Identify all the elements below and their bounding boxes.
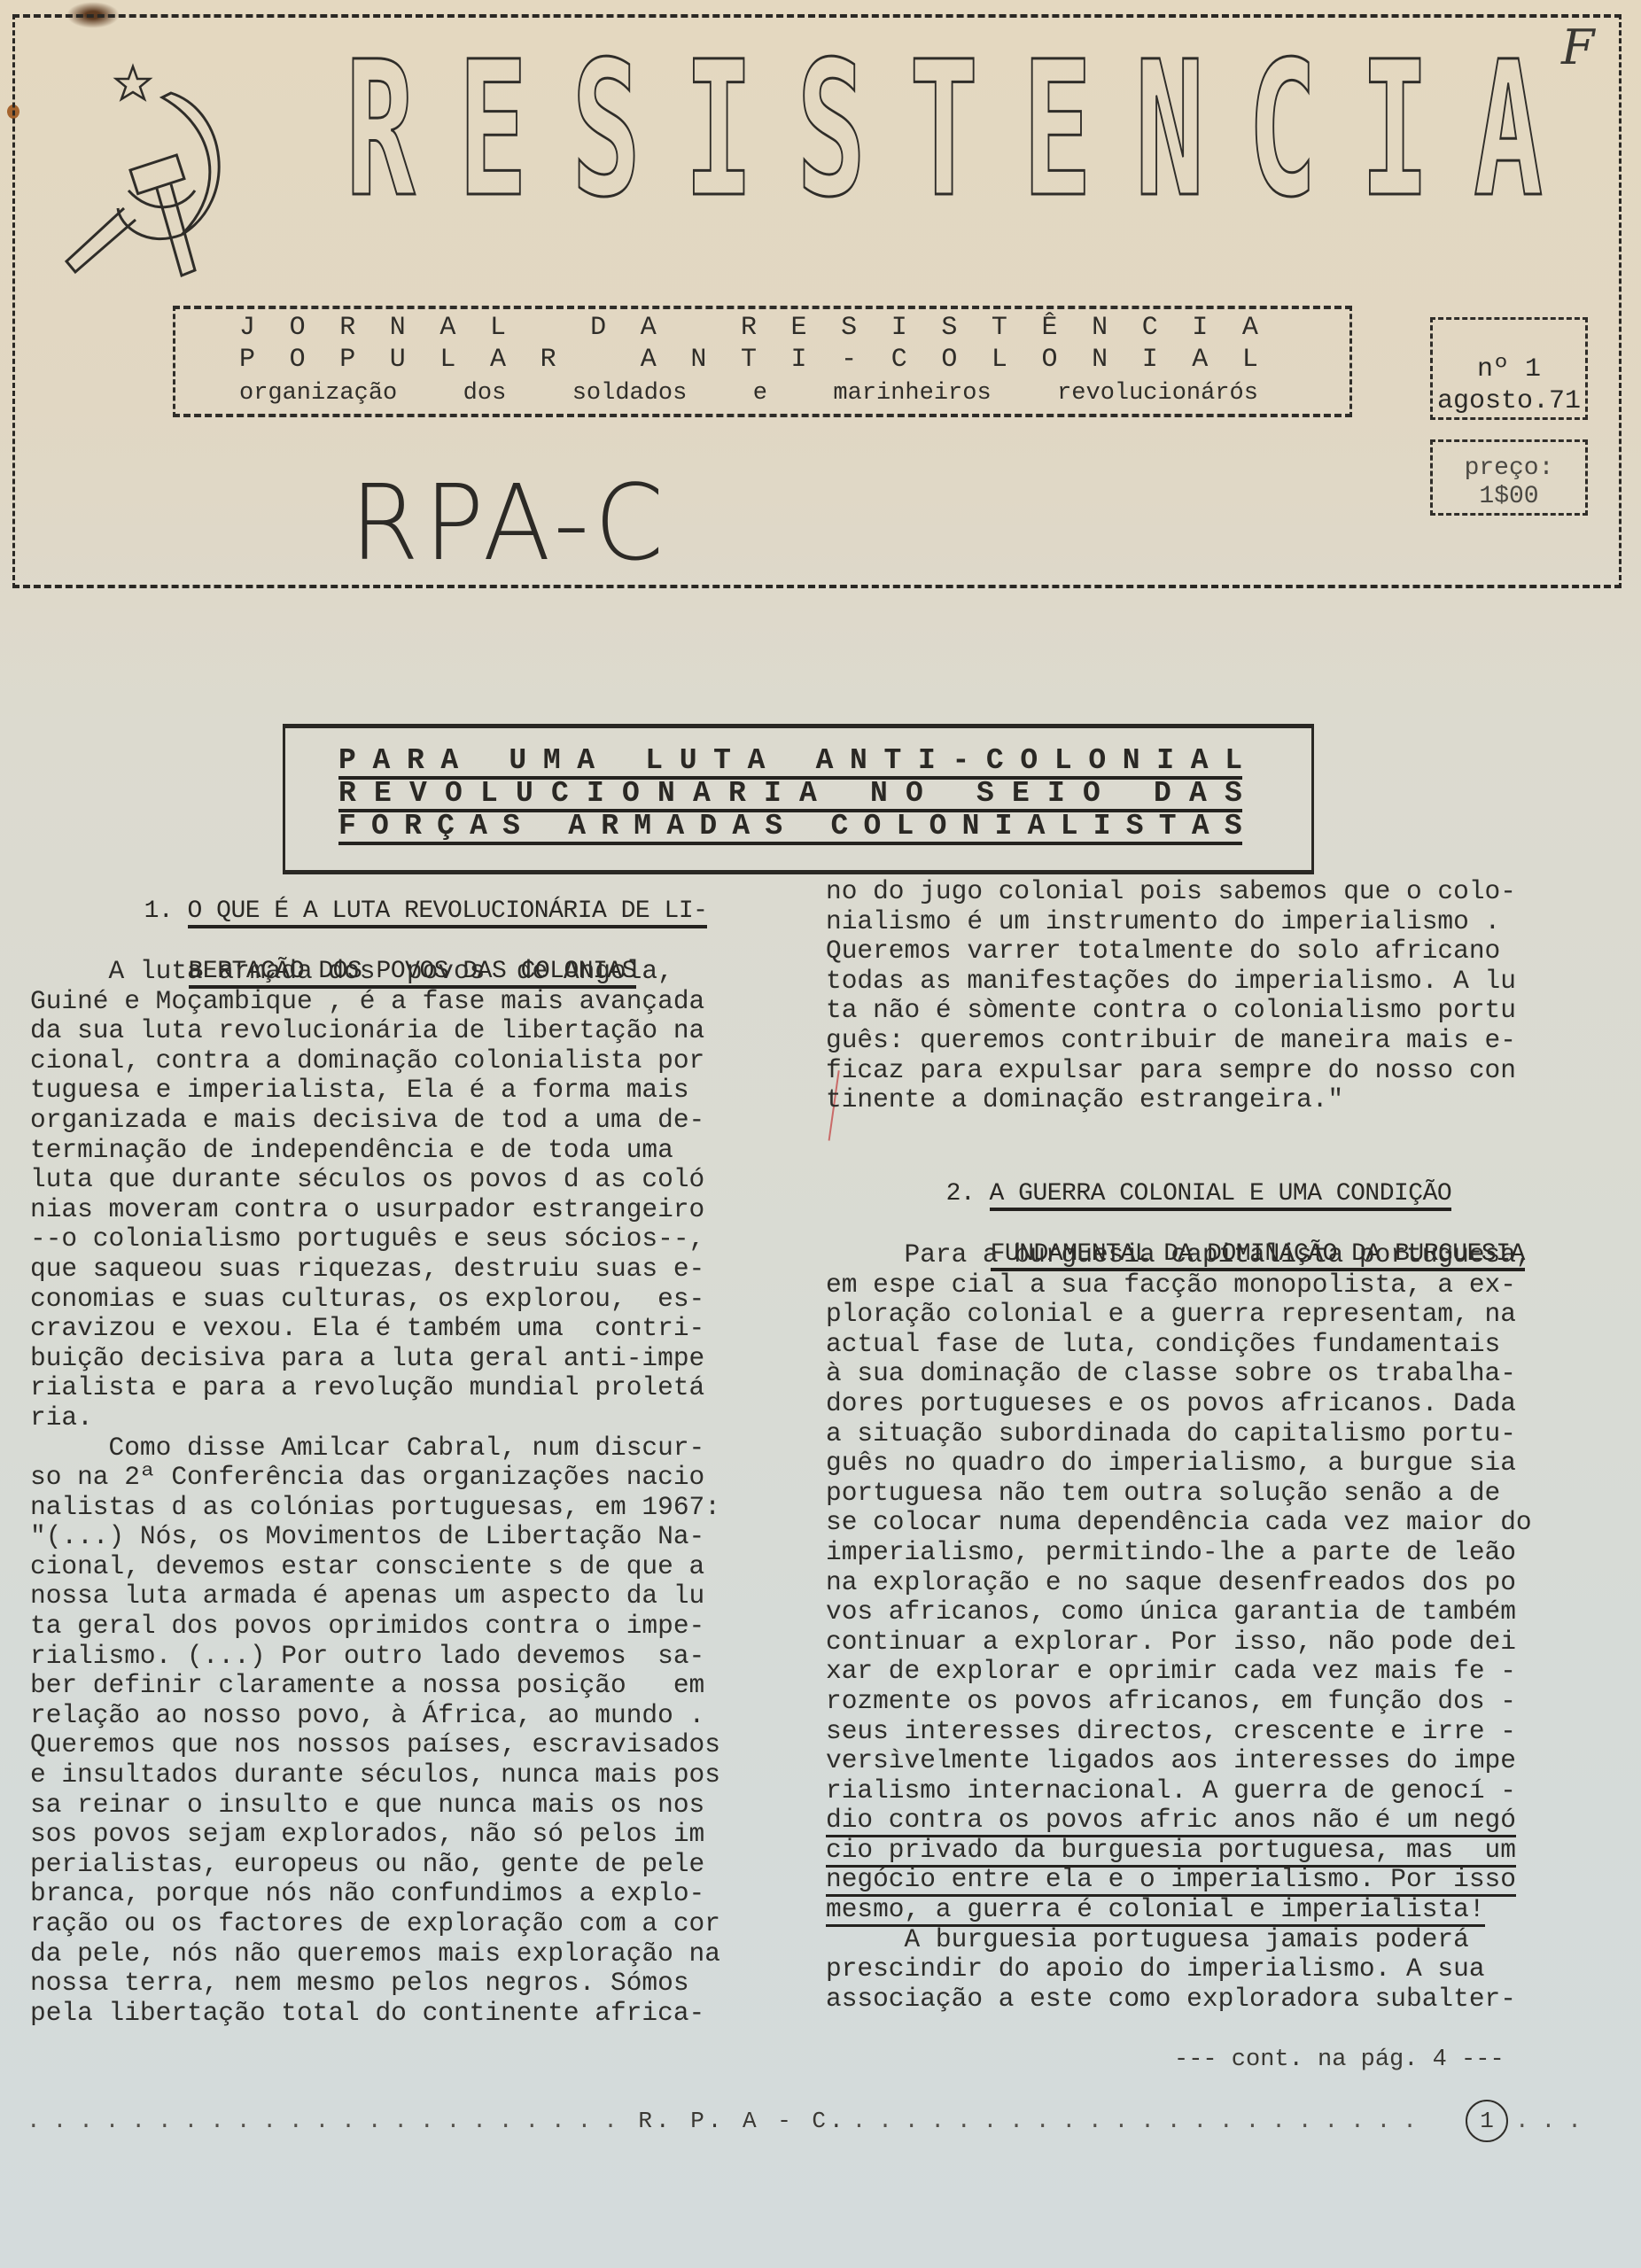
subtitle-box: JORNAL DA RESISTÊNCIA POPULAR ANTI-COLON… bbox=[173, 306, 1352, 417]
headline-letter: A bbox=[799, 779, 817, 809]
price-label: preço: bbox=[1433, 454, 1585, 483]
subtitle-letter: L bbox=[992, 345, 1007, 375]
subtitle-word: soldados bbox=[572, 380, 688, 407]
subtitle-letter: - bbox=[841, 345, 857, 375]
continuation-note: --- cont. na pág. 4 --- bbox=[1174, 2047, 1505, 2073]
title-letter: N bbox=[1135, 55, 1205, 206]
subtitle-letter: R bbox=[541, 345, 556, 375]
subtitle-letter: L bbox=[1242, 345, 1258, 375]
headline-letter: O bbox=[864, 812, 882, 842]
text-line: Queremos que nos nossos países, escravis… bbox=[30, 1730, 720, 1760]
subtitle-letter: E bbox=[791, 313, 807, 343]
text-line: buição decisiva para a luta geral anti-i… bbox=[30, 1344, 720, 1374]
subtitle-letter: N bbox=[1092, 313, 1108, 343]
headline-letter: N bbox=[962, 812, 980, 842]
headline-letter: O bbox=[445, 779, 463, 809]
page-footer: .......................... R. P. A - C. … bbox=[27, 2100, 1595, 2142]
headline-letter bbox=[1118, 779, 1136, 809]
footer-dots-end: .... bbox=[1515, 2108, 1595, 2134]
page-number: 1 bbox=[1466, 2100, 1508, 2142]
title-letter: R bbox=[346, 55, 416, 206]
headline-letter: A bbox=[1189, 779, 1207, 809]
section-2-number: 2. bbox=[946, 1180, 976, 1208]
headline-letter bbox=[475, 746, 493, 776]
text-line: à sua dominação de classe sobre os traba… bbox=[826, 1359, 1532, 1389]
footer-dots-right: ...................... bbox=[852, 2108, 1458, 2134]
headline-letter: M bbox=[543, 746, 561, 776]
text-line: sa reinar o insulto e que nunca mais os … bbox=[30, 1790, 720, 1821]
text-line: seus interesses directos, crescente e ir… bbox=[826, 1717, 1532, 1747]
text-line: rialista e para a revolução mundial prol… bbox=[30, 1373, 720, 1403]
headline-letter: O bbox=[371, 812, 389, 842]
subtitle-letter: N bbox=[390, 313, 406, 343]
price-box: preço: 1$00 bbox=[1430, 439, 1588, 516]
headline-letter bbox=[835, 779, 852, 809]
headline-letter: L bbox=[1061, 812, 1078, 842]
text-line: Para a burguesia capitalista portuguesa, bbox=[826, 1240, 1532, 1270]
subtitle-letter: U bbox=[390, 345, 406, 375]
text-line: rialismo. (...) Por outro lado devemos s… bbox=[30, 1642, 720, 1672]
headline-letter: A bbox=[440, 746, 458, 776]
headline-letter: S bbox=[765, 812, 782, 842]
text-line: mesmo, a guerra é colonial e imperialist… bbox=[826, 1895, 1532, 1925]
text-line: vos africanos, como única garantia de ta… bbox=[826, 1597, 1532, 1627]
headline-line-3: FORÇAS ARMADAS COLONIALISTAS bbox=[338, 812, 1242, 845]
text-line: organizada e mais decisiva de tod a uma … bbox=[30, 1106, 720, 1136]
headline-letter: I bbox=[918, 746, 936, 776]
subtitle-letter: C bbox=[1142, 313, 1158, 343]
text-line: na exploração e no saque desenfreados do… bbox=[826, 1568, 1532, 1598]
footer-org-label: R. P. A - C. bbox=[633, 2108, 852, 2134]
text-line: pela libertação total do continente afri… bbox=[30, 1999, 720, 2029]
text-line: rialismo internacional. A guerra de geno… bbox=[826, 1776, 1532, 1806]
headline-letter: U bbox=[516, 779, 533, 809]
headline-letter: S bbox=[1225, 812, 1242, 842]
headline-letter: A bbox=[577, 746, 595, 776]
text-line: dio contra os povos afric anos não é um … bbox=[826, 1806, 1532, 1836]
subtitle-letter: N bbox=[690, 345, 706, 375]
headline-letter bbox=[782, 746, 799, 776]
subtitle-line-3: organizaçãodossoldadosemarinheirosrevolu… bbox=[239, 380, 1258, 407]
text-line: todas as manifestações do imperialismo. … bbox=[826, 967, 1516, 997]
text-line: no do jugo colonial pois sabemos que o c… bbox=[826, 877, 1516, 907]
section-1-body: A luta armada dos povos de Angola,Guiné … bbox=[30, 957, 720, 2028]
headline-letter: I bbox=[587, 779, 604, 809]
footer-dots-left: .......................... bbox=[27, 2108, 633, 2134]
text-line: tuguesa e imperialista, Ela é a forma ma… bbox=[30, 1076, 720, 1106]
text-line: A burguesia portuguesa jamais poderá bbox=[826, 1925, 1532, 1955]
headline-letter: O bbox=[929, 812, 947, 842]
headline-letter: O bbox=[1088, 746, 1106, 776]
headline-letter: O bbox=[906, 779, 923, 809]
subtitle-word: dos bbox=[463, 380, 507, 407]
headline-letter: L bbox=[1225, 746, 1242, 776]
text-line: A luta armada dos povos de Angola, bbox=[30, 957, 720, 987]
headline-letter: - bbox=[952, 746, 969, 776]
subtitle-word: organização bbox=[239, 380, 397, 407]
issue-box: nº 1 agosto.71 bbox=[1430, 317, 1588, 420]
text-line: ração ou os factores de exploração com a… bbox=[30, 1909, 720, 1939]
text-line: nias moveram contra o usurpador estrange… bbox=[30, 1195, 720, 1225]
subtitle-letter: O bbox=[290, 313, 306, 343]
subtitle-letter: A bbox=[439, 313, 455, 343]
headline-line-2: REVOLUCIONARIA NO SEIO DAS bbox=[338, 779, 1242, 812]
subtitle-letter: I bbox=[891, 313, 907, 343]
text-line: e insultados durante séculos, nunca mais… bbox=[30, 1760, 720, 1790]
headline-letter: U bbox=[509, 746, 526, 776]
section-2-body: Para a burguesia capitalista portuguesa,… bbox=[826, 1240, 1532, 2014]
headline-letter: I bbox=[1093, 812, 1111, 842]
title-letter: T bbox=[909, 55, 979, 206]
subtitle-letter: A bbox=[1192, 345, 1208, 375]
headline-letter: C bbox=[830, 812, 848, 842]
headline-letter: R bbox=[404, 812, 422, 842]
text-line: terminação de independência e de toda um… bbox=[30, 1136, 720, 1166]
org-logo: RPA-C bbox=[350, 470, 669, 576]
text-line: nossa luta armada é apenas um aspecto da… bbox=[30, 1581, 720, 1612]
text-line: negócio entre ela e o imperialismo. Por … bbox=[826, 1865, 1532, 1895]
subtitle-word: marinheiros bbox=[833, 380, 991, 407]
headline-letter: E bbox=[374, 779, 392, 809]
subtitle-letter: N bbox=[1092, 345, 1108, 375]
text-line: branca, porque nós não confundimos a exp… bbox=[30, 1879, 720, 1909]
headline-letter: Ç bbox=[437, 812, 455, 842]
text-line: imperialismo, permitindo-lhe a parte de … bbox=[826, 1538, 1532, 1568]
subtitle-letter: Ê bbox=[1042, 313, 1058, 343]
headline-letter: T bbox=[884, 746, 902, 776]
headline-letter: R bbox=[407, 746, 424, 776]
subtitle-letter: O bbox=[941, 345, 957, 375]
hammer-and-sickle-icon bbox=[49, 58, 253, 279]
text-line: ber definir claramente a nossa posição e… bbox=[30, 1671, 720, 1701]
headline-letter: A bbox=[1028, 812, 1046, 842]
headline-letter: U bbox=[680, 746, 697, 776]
subtitle-letter: I bbox=[1142, 345, 1158, 375]
headline-letter: A bbox=[693, 779, 711, 809]
subtitle-letter: R bbox=[741, 313, 757, 343]
headline-letter: A bbox=[732, 812, 750, 842]
subtitle-letter: S bbox=[841, 313, 857, 343]
text-line: Queremos varrer totalmente do solo afric… bbox=[826, 936, 1516, 967]
headline-letter: L bbox=[645, 746, 663, 776]
subtitle-letter: A bbox=[641, 313, 657, 343]
text-line: que saqueou suas riquezas, destruiu suas… bbox=[30, 1254, 720, 1285]
headline-letter: N bbox=[850, 746, 867, 776]
headline-letter: L bbox=[1054, 746, 1072, 776]
section-1-heading-line-1: O QUE É A LUTA REVOLUCIONÁRIA DE LI- bbox=[188, 897, 708, 928]
text-line: da sua luta revolucionária de libertação… bbox=[30, 1016, 720, 1046]
headline-letter: O bbox=[622, 779, 640, 809]
text-line: ploração colonial e a guerra representam… bbox=[826, 1300, 1532, 1330]
text-line: tinente a dominação estrangeira." bbox=[826, 1085, 1516, 1115]
issue-number: nº 1 bbox=[1433, 353, 1585, 385]
headline-letter: O bbox=[1083, 779, 1100, 809]
headline-letter: N bbox=[657, 779, 675, 809]
headline-letter: A bbox=[666, 812, 684, 842]
handwritten-mark: F bbox=[1561, 19, 1594, 75]
subtitle-line-1: JORNAL DA RESISTÊNCIA bbox=[239, 313, 1258, 343]
subtitle-word: revolucionárós bbox=[1057, 380, 1258, 407]
text-line: nialismo é um instrumento do imperialism… bbox=[826, 907, 1516, 937]
headline-letter: O bbox=[1020, 746, 1038, 776]
text-line: guês: queremos contribuir de maneira mai… bbox=[826, 1026, 1516, 1056]
headline-letter: F bbox=[338, 812, 356, 842]
text-line: ta não é sòmente contra o colonialismo p… bbox=[826, 996, 1516, 1026]
newspaper-title: R E S I S T E N C I A bbox=[346, 55, 1586, 206]
subtitle-letter: A bbox=[641, 345, 657, 375]
headline-letter: M bbox=[634, 812, 651, 842]
price-value: 1$00 bbox=[1433, 483, 1585, 511]
headline-line-1: PARA UMA LUTA ANTI-COLONIAL bbox=[338, 746, 1242, 780]
text-line: nalistas d as colónias portuguesas, em 1… bbox=[30, 1493, 720, 1523]
headline-letter: S bbox=[976, 779, 994, 809]
text-line: portuguesa não tem outra solução senão a… bbox=[826, 1479, 1532, 1509]
headline-letter bbox=[797, 812, 815, 842]
subtitle-letter: S bbox=[941, 313, 957, 343]
subtitle-letter: L bbox=[439, 345, 455, 375]
subtitle-letter: P bbox=[339, 345, 355, 375]
text-line: associação a este como exploradora subal… bbox=[826, 1984, 1532, 2015]
headline-letter: R bbox=[601, 812, 618, 842]
title-letter: I bbox=[1360, 55, 1430, 206]
subtitle-letter: A bbox=[490, 345, 506, 375]
subtitle-letter: O bbox=[1042, 345, 1058, 375]
headline-letter: A bbox=[568, 812, 586, 842]
subtitle-letter bbox=[690, 313, 706, 343]
headline-letter: A bbox=[1192, 812, 1209, 842]
headline-letter: T bbox=[713, 746, 731, 776]
headline-letter: N bbox=[870, 779, 888, 809]
headline-letter: N bbox=[1123, 746, 1140, 776]
subtitle-letter: C bbox=[891, 345, 907, 375]
title-letter: E bbox=[1023, 55, 1093, 206]
section-2-heading-line-1: A GUERRA COLONIAL E UMA CONDIÇÃO bbox=[990, 1180, 1452, 1211]
subtitle-letter: T bbox=[992, 313, 1007, 343]
subtitle-letter: R bbox=[339, 313, 355, 343]
title-letter: S bbox=[572, 55, 642, 206]
text-line: da pele, nós não queremos mais exploraçã… bbox=[30, 1939, 720, 1969]
title-letter: A bbox=[1474, 55, 1544, 206]
subtitle-letter: O bbox=[290, 345, 306, 375]
column-2-intro: no do jugo colonial pois sabemos que o c… bbox=[826, 877, 1516, 1115]
text-line: relação ao nosso povo, à África, ao mund… bbox=[30, 1701, 720, 1731]
headline-letter: A bbox=[1191, 746, 1209, 776]
subtitle-letter: L bbox=[490, 313, 506, 343]
headline-letter: I bbox=[764, 779, 782, 809]
headline-letter: A bbox=[816, 746, 834, 776]
title-letter: E bbox=[458, 55, 528, 206]
text-line: rozmente os povos africanos, em função d… bbox=[826, 1687, 1532, 1717]
text-line: ria. bbox=[30, 1403, 720, 1433]
subtitle-word: e bbox=[753, 380, 767, 407]
headline-letter: A bbox=[470, 812, 487, 842]
text-line: continuar a explorar. Por isso, não pode… bbox=[826, 1627, 1532, 1658]
subtitle-letter: T bbox=[741, 345, 757, 375]
text-line: cional, contra a dominação colonialista … bbox=[30, 1046, 720, 1076]
headline-letter: A bbox=[372, 746, 390, 776]
headline-letter: E bbox=[1012, 779, 1030, 809]
text-line: ta geral dos povos oprimidos contra o im… bbox=[30, 1612, 720, 1642]
headline-letter: D bbox=[699, 812, 717, 842]
text-line: em espe cial a sua facção monopolista, a… bbox=[826, 1270, 1532, 1301]
subtitle-letter: D bbox=[590, 313, 606, 343]
text-line: cio privado da burguesia portuguesa, mas… bbox=[826, 1836, 1532, 1866]
headline-letter: C bbox=[986, 746, 1004, 776]
text-line: sos povos sejam explorados, não só pelos… bbox=[30, 1820, 720, 1850]
text-line: Como disse Amilcar Cabral, num discur- bbox=[30, 1433, 720, 1464]
text-line: guês no quadro do imperialismo, a burgue… bbox=[826, 1449, 1532, 1479]
text-line: "(...) Nós, os Movimentos de Libertação … bbox=[30, 1522, 720, 1552]
subtitle-letter: P bbox=[239, 345, 255, 375]
text-line: conomias e suas culturas, os explorou, e… bbox=[30, 1285, 720, 1315]
headline-letter: D bbox=[1154, 779, 1171, 809]
subtitle-letter: I bbox=[1192, 313, 1208, 343]
headline-letter: R bbox=[338, 779, 356, 809]
headline-letter: S bbox=[1126, 812, 1144, 842]
text-line: luta que durante séculos os povos d as c… bbox=[30, 1165, 720, 1195]
text-line: cravizou e vexou. Ela é também uma contr… bbox=[30, 1314, 720, 1344]
headline-letter bbox=[611, 746, 629, 776]
headline-letter: R bbox=[728, 779, 746, 809]
text-line: dores portugueses e os povos africanos. … bbox=[826, 1389, 1532, 1419]
headline-letter: T bbox=[1159, 812, 1177, 842]
headline-letter: I bbox=[1047, 779, 1065, 809]
text-line: so na 2ª Conferência das organizações na… bbox=[30, 1463, 720, 1493]
section-1-number: 1. bbox=[144, 897, 174, 925]
text-line: --o colonialismo português e seus sócios… bbox=[30, 1224, 720, 1254]
headline-letter: S bbox=[1225, 779, 1242, 809]
subtitle-line-2: POPULAR ANTI-COLONIAL bbox=[239, 345, 1258, 375]
issue-date: agosto.71 bbox=[1433, 385, 1585, 417]
title-letter: C bbox=[1248, 55, 1318, 206]
text-line: se colocar numa dependência cada vez mai… bbox=[826, 1508, 1532, 1538]
text-line: versìvelmente ligados aos interesses do … bbox=[826, 1746, 1532, 1776]
text-line: a situação subordinada do capitalismo po… bbox=[826, 1419, 1532, 1449]
headline-letter: A bbox=[748, 746, 766, 776]
headline-letter: I bbox=[995, 812, 1013, 842]
headline-letter: P bbox=[338, 746, 356, 776]
subtitle-letter: A bbox=[1242, 313, 1258, 343]
headline-letter: L bbox=[897, 812, 914, 842]
subtitle-letter bbox=[590, 345, 606, 375]
headline-letter: I bbox=[1156, 746, 1174, 776]
headline-letter bbox=[941, 779, 959, 809]
subtitle-letter: I bbox=[791, 345, 807, 375]
headline-letter: S bbox=[502, 812, 520, 842]
text-line: perialistas, europeus ou não, gente de p… bbox=[30, 1850, 720, 1880]
headline-box: PARA UMA LUTA ANTI-COLONIAL REVOLUCIONAR… bbox=[283, 724, 1314, 874]
headline-letter bbox=[535, 812, 553, 842]
text-line: actual fase de luta, condições fundament… bbox=[826, 1330, 1532, 1360]
headline-letter: V bbox=[409, 779, 427, 809]
text-line: Guiné e Moçambique , é a fase mais avanç… bbox=[30, 987, 720, 1017]
headline-letter: L bbox=[480, 779, 498, 809]
subtitle-letter bbox=[541, 313, 556, 343]
subtitle-letter: J bbox=[239, 313, 255, 343]
text-line: prescindir do apoio do imperialismo. A s… bbox=[826, 1954, 1532, 1984]
headline-letter: C bbox=[551, 779, 569, 809]
title-letter: S bbox=[797, 55, 867, 206]
title-letter: I bbox=[684, 55, 754, 206]
text-line: ficaz para expulsar para sempre do nosso… bbox=[826, 1056, 1516, 1086]
text-line: xar de explorar e oprimir cada vez mais … bbox=[826, 1657, 1532, 1687]
text-line: nossa terra, nem mesmo pelos negros. Sóm… bbox=[30, 1969, 720, 1999]
text-line: cional, devemos estar consciente s de qu… bbox=[30, 1552, 720, 1582]
